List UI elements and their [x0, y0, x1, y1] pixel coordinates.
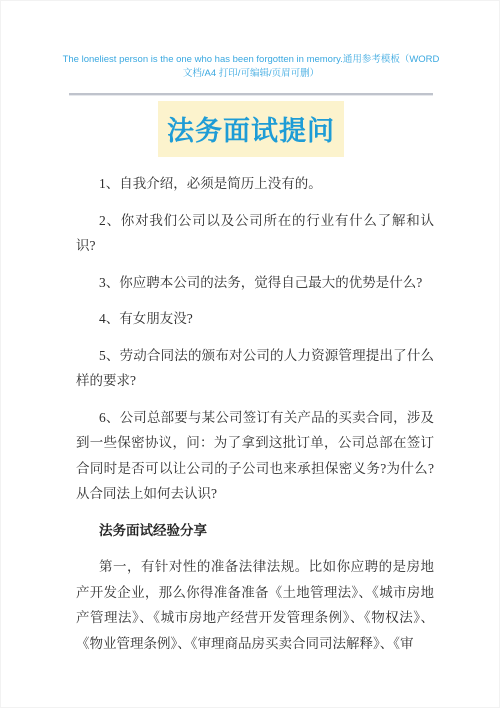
question-item-6: 6、公司总部要与某公司签订有关产品的买卖合同，涉及到一些保密协议，问：为了拿到这… [76, 405, 434, 507]
question-item-5: 5、劳动合同法的颁布对公司的人力资源管理提出了什么样的要求? [76, 343, 434, 394]
experience-paragraph: 第一，有针对性的准备法律法规。比如你应聘的是房地产开发企业，那么你得准备准备《土… [76, 554, 434, 656]
document-body: 1、自我介绍，必须是简历上没有的。 2、你对我们公司以及公司所在的行业有什么了解… [76, 171, 434, 667]
document-page: The loneliest person is the one who has … [0, 0, 500, 708]
page-title: 法务面试提问 [167, 116, 335, 146]
header-template-note: The loneliest person is the one who has … [59, 53, 443, 81]
title-highlight: 法务面试提问 [158, 101, 344, 157]
question-item-4: 4、有女朋友没? [76, 306, 434, 332]
header-divider [69, 93, 433, 96]
section-heading: 法务面试经验分享 [76, 518, 434, 544]
question-item-1: 1、自我介绍，必须是简历上没有的。 [76, 171, 434, 197]
question-item-3: 3、你应聘本公司的法务，觉得自己最大的优势是什么? [76, 270, 434, 296]
question-item-2: 2、你对我们公司以及公司所在的行业有什么了解和认识? [76, 208, 434, 259]
title-row: 法务面试提问 [1, 101, 500, 157]
